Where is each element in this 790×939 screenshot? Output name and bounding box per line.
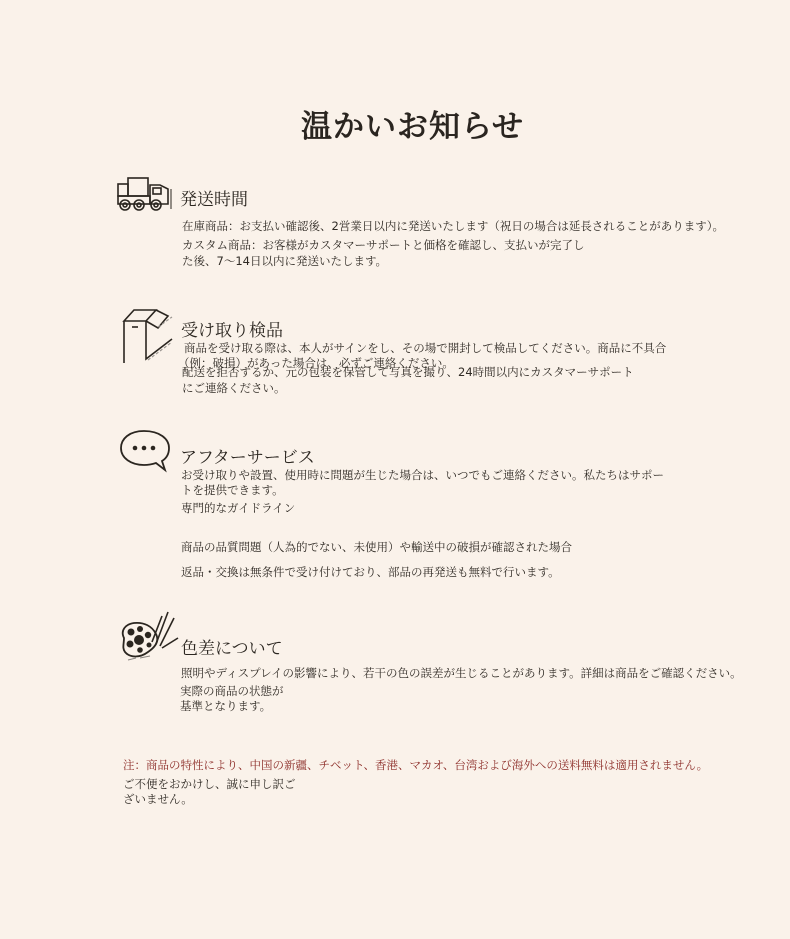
shipping-custom-line-2: た後、7〜14日以内に発送いたします。 [182, 254, 387, 269]
apology-line-1: ご不便をおかけし、誠に申し訳ご [123, 777, 296, 792]
section-title-color-difference: 色差について [181, 634, 283, 659]
note-text: 注：商品の特性により、中国の新疆、チベット、香港、マカオ、台湾および海外への送料… [123, 758, 708, 773]
apology-line-2: ざいません。 [123, 792, 193, 807]
after-sales-line-1: お受け取りや設置、使用時に問題が生じた場合は、いつでもご連絡ください。私たちはサ… [181, 468, 664, 483]
after-sales-return-policy: 返品・交換は無条件で受け付けており、部品の再発送も無料で行います。 [181, 565, 560, 580]
inspection-line-1: 商品を受け取る際は、本人がサインをし、その場で開封して検品してください。商品に不… [184, 341, 666, 356]
paint-palette-icon [118, 608, 182, 670]
section-title-inspection: 受け取り検品 [181, 316, 283, 341]
after-sales-guideline: 専門的なガイドライン [181, 501, 295, 516]
color-difference-line-1: 照明やディスプレイの影響により、若干の色の誤差が生じることがあります。詳細は商品… [181, 666, 742, 681]
speech-bubble-icon [118, 428, 174, 474]
section-title-shipping: 発送時間 [180, 185, 248, 210]
package-box-icon [118, 305, 180, 367]
after-sales-line-2: トを提供できます。 [181, 483, 284, 498]
shipping-custom-line-1: カスタム商品：お客様がカスタマーサポートと価格を確認し、支払いが完了し [182, 238, 585, 253]
truck-icon [115, 175, 177, 213]
color-difference-line-2: 実際の商品の状態が [180, 684, 284, 699]
color-difference-line-3: 基準となります。 [180, 699, 271, 714]
shipping-stock-line: 在庫商品：お支払い確認後、2営業日以内に発送いたします（祝日の場合は延長されるこ… [182, 219, 724, 234]
section-title-after-sales: アフターサービス [180, 443, 315, 468]
inspection-line-4: にご連絡ください。 [182, 381, 286, 396]
page-title: 温かいお知らせ [0, 101, 790, 146]
after-sales-quality-issue: 商品の品質問題（人為的でない、未使用）や輸送中の破損が確認された場合 [181, 540, 572, 555]
inspection-line-3: 配送を拒否するか、元の包装を保管して写真を撮り、24時間以内にカスタマーサポート [182, 365, 634, 380]
